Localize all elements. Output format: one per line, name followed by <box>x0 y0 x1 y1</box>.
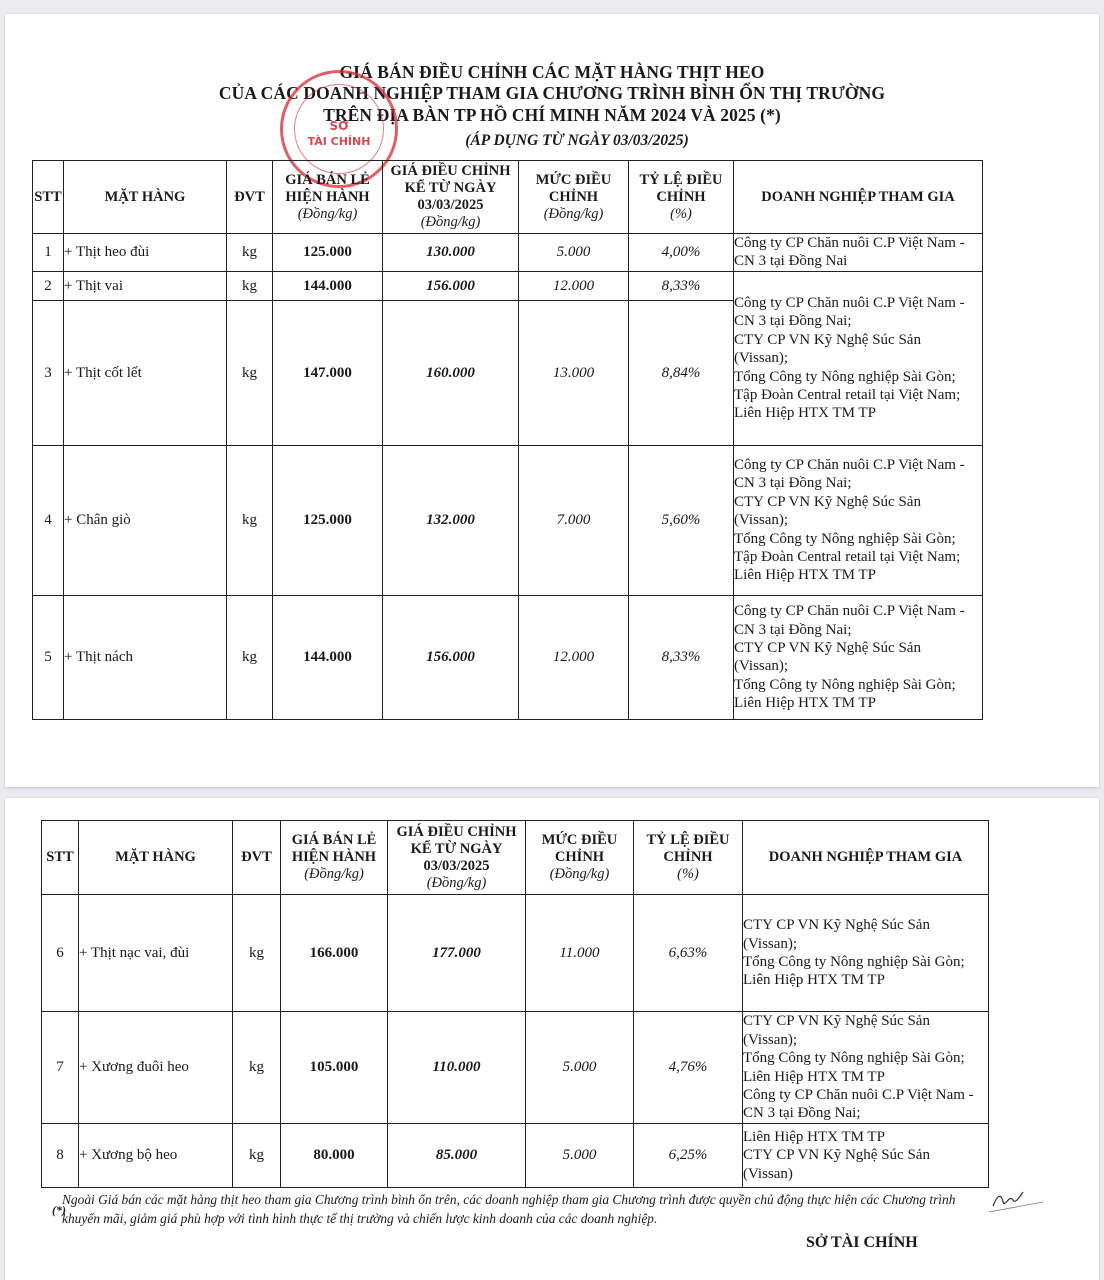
header-current-price-unit: (Đồng/kg) <box>273 206 382 223</box>
table-row: 2 + Thịt vai kg 144.000 156.000 12.000 8… <box>33 271 983 300</box>
table-row: 8 + Xương bộ heo kg 80.000 85.000 5.000 … <box>42 1124 989 1188</box>
cell-companies: Công ty CP Chăn nuôi C.P Việt Nam - CN 3… <box>734 445 983 595</box>
header-adjust-amount: MỨC ĐIỀU CHỈNH(Đồng/kg) <box>526 821 634 895</box>
header-item: MẶT HÀNG <box>64 161 227 234</box>
document-title-line-1: GIÁ BÁN ĐIỀU CHỈNH CÁC MẶT HÀNG THỊT HEO <box>0 62 1104 83</box>
table-row: 1 + Thịt heo đùi kg 125.000 130.000 5.00… <box>33 234 983 272</box>
header-adjust-amount-unit: (Đồng/kg) <box>526 866 633 883</box>
table-row: 7 + Xương đuôi heo kg 105.000 110.000 5.… <box>42 1012 989 1124</box>
header-new-price-unit: (Đồng/kg) <box>383 214 518 231</box>
cell-item: + Thịt nạc vai, đùi <box>79 895 233 1012</box>
cell-new-price: 132.000 <box>383 445 519 595</box>
header-adjust-amount-label: MỨC ĐIỀU CHỈNH <box>536 172 612 205</box>
cell-unit: kg <box>227 300 273 445</box>
cell-adjust-rate: 4,76% <box>634 1012 743 1124</box>
cell-companies: Liên Hiệp HTX TM TP CTY CP VN Kỹ Nghệ Sú… <box>743 1124 989 1188</box>
header-unit: ĐVT <box>227 161 273 234</box>
cell-unit: kg <box>227 271 273 300</box>
header-adjust-rate-unit: (%) <box>629 206 733 223</box>
header-current-price-label: GIÁ BÁN LẺ HIỆN HÀNH <box>285 172 370 205</box>
table-header-row: STT MẶT HÀNG ĐVT GIÁ BÁN LẺ HIỆN HÀNH(Đồ… <box>42 821 989 895</box>
cell-item: + Thịt vai <box>64 271 227 300</box>
cell-adjust-amount: 5.000 <box>526 1012 634 1124</box>
header-item: MẶT HÀNG <box>79 821 233 895</box>
header-stt: STT <box>33 161 64 234</box>
cell-companies-merged: Công ty CP Chăn nuôi C.P Việt Nam - CN 3… <box>734 271 983 445</box>
header-unit: ĐVT <box>233 821 281 895</box>
cell-stt: 7 <box>42 1012 79 1124</box>
price-table-page-2: STT MẶT HÀNG ĐVT GIÁ BÁN LẺ HIỆN HÀNH(Đồ… <box>41 820 989 1188</box>
header-new-price-unit: (Đồng/kg) <box>388 875 525 892</box>
cell-current-price: 166.000 <box>281 895 388 1012</box>
header-companies: DOANH NGHIỆP THAM GIA <box>743 821 989 895</box>
header-adjust-amount-unit: (Đồng/kg) <box>519 206 628 223</box>
header-new-price-label: GIÁ ĐIỀU CHỈNH KỂ TỪ NGÀY 03/03/2025 <box>390 163 510 213</box>
cell-adjust-rate: 6,25% <box>634 1124 743 1188</box>
header-new-price: GIÁ ĐIỀU CHỈNH KỂ TỪ NGÀY 03/03/2025(Đồn… <box>388 821 526 895</box>
cell-new-price: 156.000 <box>383 271 519 300</box>
cell-item: + Xương đuôi heo <box>79 1012 233 1124</box>
cell-adjust-amount: 11.000 <box>526 895 634 1012</box>
cell-adjust-amount: 5.000 <box>526 1124 634 1188</box>
header-adjust-rate-label: TỶ LỆ ĐIỀU CHỈNH <box>640 172 723 205</box>
header-current-price-unit: (Đồng/kg) <box>281 866 387 883</box>
cell-new-price: 85.000 <box>388 1124 526 1188</box>
cell-stt: 6 <box>42 895 79 1012</box>
cell-adjust-amount: 12.000 <box>519 271 629 300</box>
document-title-line-2: CỦA CÁC DOANH NGHIỆP THAM GIA CHƯƠNG TRÌ… <box>0 83 1104 104</box>
cell-item: + Thịt nách <box>64 595 227 719</box>
header-adjust-rate: TỶ LỆ ĐIỀU CHỈNH(%) <box>634 821 743 895</box>
cell-adjust-amount: 13.000 <box>519 300 629 445</box>
cell-stt: 1 <box>33 234 64 272</box>
cell-current-price: 125.000 <box>273 234 383 272</box>
cell-new-price: 110.000 <box>388 1012 526 1124</box>
cell-current-price: 80.000 <box>281 1124 388 1188</box>
header-current-price: GIÁ BÁN LẺ HIỆN HÀNH(Đồng/kg) <box>281 821 388 895</box>
table-row: 5 + Thịt nách kg 144.000 156.000 12.000 … <box>33 595 983 719</box>
table-row: 6 + Thịt nạc vai, đùi kg 166.000 177.000… <box>42 895 989 1012</box>
cell-unit: kg <box>227 445 273 595</box>
cell-adjust-rate: 6,63% <box>634 895 743 1012</box>
header-new-price: GIÁ ĐIỀU CHỈNH KỂ TỪ NGÀY 03/03/2025(Đồn… <box>383 161 519 234</box>
cell-current-price: 105.000 <box>281 1012 388 1124</box>
cell-item: + Chân giò <box>64 445 227 595</box>
cell-unit: kg <box>233 1012 281 1124</box>
header-adjust-rate-label: TỶ LỆ ĐIỀU CHỈNH <box>647 832 730 865</box>
cell-item: + Thịt heo đùi <box>64 234 227 272</box>
signer-authority: SỞ TÀI CHÍNH <box>806 1234 918 1252</box>
cell-adjust-amount: 12.000 <box>519 595 629 719</box>
document-title-line-3: TRÊN ĐỊA BÀN TP HỒ CHÍ MINH NĂM 2024 VÀ … <box>0 105 1104 126</box>
cell-companies: Công ty CP Chăn nuôi C.P Việt Nam - CN 3… <box>734 595 983 719</box>
cell-current-price: 144.000 <box>273 271 383 300</box>
cell-unit: kg <box>233 1124 281 1188</box>
header-new-price-label: GIÁ ĐIỀU CHỈNH KỂ TỪ NGÀY 03/03/2025 <box>396 824 516 874</box>
cell-unit: kg <box>227 234 273 272</box>
cell-adjust-amount: 5.000 <box>519 234 629 272</box>
cell-companies: CTY CP VN Kỹ Nghệ Súc Sản (Vissan); Tổng… <box>743 895 989 1012</box>
signature-initials-icon <box>985 1182 1045 1214</box>
cell-new-price: 130.000 <box>383 234 519 272</box>
header-stt: STT <box>42 821 79 895</box>
cell-adjust-rate: 5,60% <box>629 445 734 595</box>
cell-stt: 3 <box>33 300 64 445</box>
cell-stt: 2 <box>33 271 64 300</box>
price-table-page-1: STT MẶT HÀNG ĐVT GIÁ BÁN LẺ HIỆN HÀNH(Đồ… <box>32 160 983 720</box>
cell-new-price: 160.000 <box>383 300 519 445</box>
cell-new-price: 177.000 <box>388 895 526 1012</box>
cell-current-price: 125.000 <box>273 445 383 595</box>
cell-current-price: 147.000 <box>273 300 383 445</box>
cell-new-price: 156.000 <box>383 595 519 719</box>
header-adjust-amount-label: MỨC ĐIỀU CHỈNH <box>542 832 618 865</box>
cell-adjust-rate: 8,33% <box>629 595 734 719</box>
cell-adjust-amount: 7.000 <box>519 445 629 595</box>
cell-adjust-rate: 8,84% <box>629 300 734 445</box>
table-header-row: STT MẶT HÀNG ĐVT GIÁ BÁN LẺ HIỆN HÀNH(Đồ… <box>33 161 983 234</box>
cell-adjust-rate: 8,33% <box>629 271 734 300</box>
footnote-text: Ngoài Giá bán các mặt hàng thịt heo tham… <box>62 1190 992 1228</box>
cell-stt: 4 <box>33 445 64 595</box>
header-current-price-label: GIÁ BÁN LẺ HIỆN HÀNH <box>292 832 377 865</box>
cell-stt: 8 <box>42 1124 79 1188</box>
cell-item: + Xương bộ heo <box>79 1124 233 1188</box>
cell-adjust-rate: 4,00% <box>629 234 734 272</box>
cell-companies: Công ty CP Chăn nuôi C.P Việt Nam - CN 3… <box>734 234 983 272</box>
header-adjust-amount: MỨC ĐIỀU CHỈNH(Đồng/kg) <box>519 161 629 234</box>
cell-item: + Thịt cốt lết <box>64 300 227 445</box>
table-row: 4 + Chân giò kg 125.000 132.000 7.000 5,… <box>33 445 983 595</box>
cell-companies: CTY CP VN Kỹ Nghệ Súc Sản (Vissan); Tổng… <box>743 1012 989 1124</box>
header-adjust-rate-unit: (%) <box>634 866 742 883</box>
header-companies: DOANH NGHIỆP THAM GIA <box>734 161 983 234</box>
document-subtitle: (ÁP DỤNG TỪ NGÀY 03/03/2025) <box>0 132 1104 150</box>
cell-current-price: 144.000 <box>273 595 383 719</box>
header-current-price: GIÁ BÁN LẺ HIỆN HÀNH(Đồng/kg) <box>273 161 383 234</box>
header-adjust-rate: TỶ LỆ ĐIỀU CHỈNH(%) <box>629 161 734 234</box>
cell-unit: kg <box>227 595 273 719</box>
cell-stt: 5 <box>33 595 64 719</box>
cell-unit: kg <box>233 895 281 1012</box>
